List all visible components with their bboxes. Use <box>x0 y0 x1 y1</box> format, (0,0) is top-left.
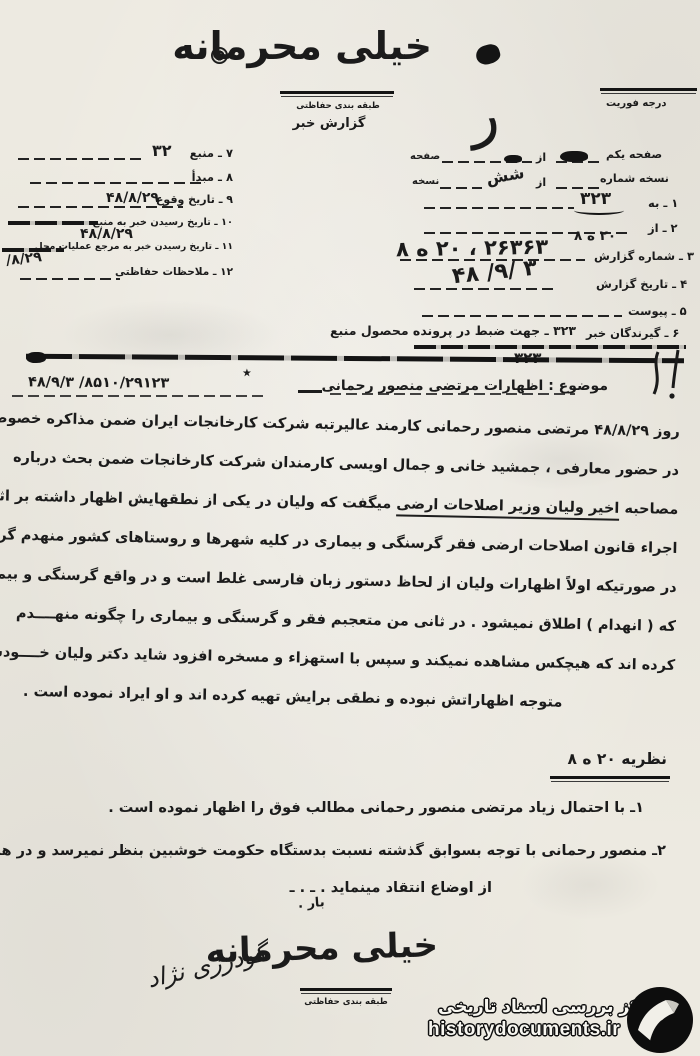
form-line <box>414 288 554 290</box>
underlined-phrase: اخیر ولیان وزیر اصلاحات ارضی <box>396 496 619 520</box>
archive-reference-number: ۴۸/۹/۳ /۸۵۱۰/۲۹۱۲۳ <box>28 374 169 391</box>
subject-trailing-dash <box>298 390 322 393</box>
field-5-label: ۵ ـ پیوست <box>628 304 687 318</box>
subject-text: اظهارات مرتضی منصور رحمانی <box>321 378 543 394</box>
opinion-label: نظریه <box>621 750 667 768</box>
field-11-value: /۸/۲۹ <box>5 249 42 269</box>
title-underline <box>280 91 394 94</box>
form-line <box>18 206 183 208</box>
ink-scribble <box>504 155 522 163</box>
pages-total-label: صفحه <box>410 151 440 162</box>
form-line <box>20 278 120 280</box>
form-top-rule <box>600 88 697 91</box>
classification-subtitle-top: طبقه بندی حفاظتی <box>288 101 388 111</box>
field-7-label: ۷ ـ منبع <box>190 146 233 160</box>
field-2-value: ۸ ه ۲۰ <box>574 228 616 244</box>
field-10-value: ۴۸/۸/۲۹ <box>80 226 133 242</box>
urgency-label: درجه فوریت <box>606 98 667 109</box>
field-6-label: ۶ ـ گیرندگان خبر <box>586 326 679 340</box>
report-body: روز ۴۸/۸/۲۹ مرتضی منصور رحمانی کارمند عا… <box>14 411 680 736</box>
classification-title-top: خیلی محرمانه <box>220 24 432 68</box>
field-12-label: ۱۲ ـ ملاحظات حفاظتی <box>115 266 233 278</box>
field-1-label: ۱ ـ به <box>648 196 678 210</box>
field-6-value: ۳۲۳ ـ جهت ضبط در پرونده محصول منبع <box>330 323 576 338</box>
historydocuments-logo <box>624 984 696 1056</box>
classification-subtitle-bottom: طبقه بندی حفاظتی <box>290 997 402 1007</box>
classification-title-bottom: خیلی محرمانه <box>230 925 439 970</box>
form-line <box>12 395 267 397</box>
ink-blot <box>26 352 46 363</box>
subject-line: موضوع : اظهارات مرتضی منصور رحمانی <box>321 378 608 394</box>
copy-number-label: نسخه شماره <box>600 172 669 185</box>
copies-total-label: نسخه <box>412 176 439 187</box>
handwritten-underline <box>574 206 624 215</box>
watermark-url: historydocuments.ir <box>428 1019 620 1041</box>
field-9-value: ۴۸/۸/۲۹ <box>106 190 159 206</box>
opinion-point-2: ۲ـ منصور رحمانی با توجه بسوابق گذشته نسب… <box>0 843 666 859</box>
section-separator <box>26 354 684 363</box>
field-2-label: ۲ ـ از <box>648 221 678 235</box>
handwritten-margin-mark <box>644 348 696 402</box>
page-of-label: از <box>536 151 546 164</box>
opinion-point-1: ۱ـ با احتمال زیاد مرتضی منصور رحمانی مطا… <box>108 800 644 816</box>
form-line <box>18 158 146 160</box>
ink-scribble <box>560 151 588 162</box>
ink-blot <box>474 42 502 67</box>
field-3-label: ۳ ـ شماره گزارش <box>594 249 694 263</box>
ink-star-mark: ٭ <box>242 362 252 383</box>
opinion-underline <box>550 776 670 779</box>
field-1-num: ۱ ـ <box>663 196 678 210</box>
page-number-label: صفحه یکم <box>606 148 662 161</box>
footer-title-underline <box>300 988 392 991</box>
form-line <box>30 182 202 184</box>
field-7-value: ۳۲ <box>152 141 172 160</box>
field-4-label: ۴ ـ تاریخ گزارش <box>596 277 687 291</box>
form-line <box>440 187 482 189</box>
form-line <box>424 207 574 209</box>
opinion-source-code: ۸ ه ۲۰ <box>567 750 615 768</box>
archive-note: بار . <box>298 895 326 912</box>
copy-of-label: از <box>536 176 546 189</box>
document-scan: خیلی محرمانه طبقه بندی حفاظتی گزارش خبر … <box>0 0 700 1056</box>
opinion-point-2-continued: از اوضاع انتقاد مینماید . ـ . ـ <box>290 880 492 896</box>
copy-count-value: شش <box>485 163 526 188</box>
subject-label: موضوع : <box>548 378 608 394</box>
opinion-heading: نظریه ۸ ه ۲۰ <box>567 750 667 768</box>
handwritten-margin-letter: ر <box>467 79 502 151</box>
form-line <box>8 221 98 225</box>
scan-smudge <box>520 850 660 920</box>
report-type-label: گزارش خبر <box>284 116 374 131</box>
field-9-label: ۹ ـ تاریخ وقوع <box>156 193 233 206</box>
form-line <box>422 315 622 317</box>
field-11-label: ۱۱ ـ تاریخ رسیدن خبر به مرجع عملیات محل <box>35 241 233 252</box>
